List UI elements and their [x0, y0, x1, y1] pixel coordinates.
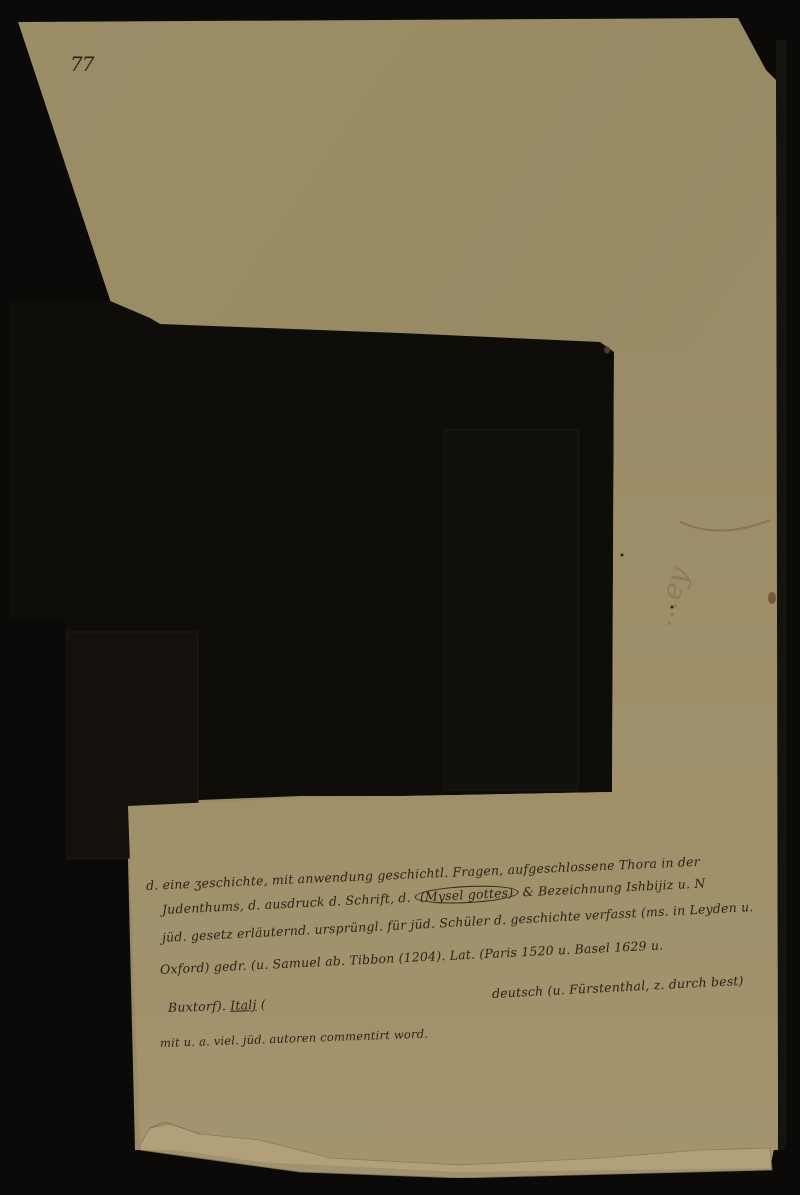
stain-dot — [604, 347, 610, 354]
underlined-word: Italj — [230, 997, 257, 1013]
folio-number: 77 — [70, 52, 93, 76]
note-line-5-end: ( — [260, 997, 266, 1012]
note-line-5-start: Buxtorf). — [168, 998, 227, 1015]
stain-edge — [768, 592, 776, 604]
black-mask-panel-right — [444, 430, 578, 790]
